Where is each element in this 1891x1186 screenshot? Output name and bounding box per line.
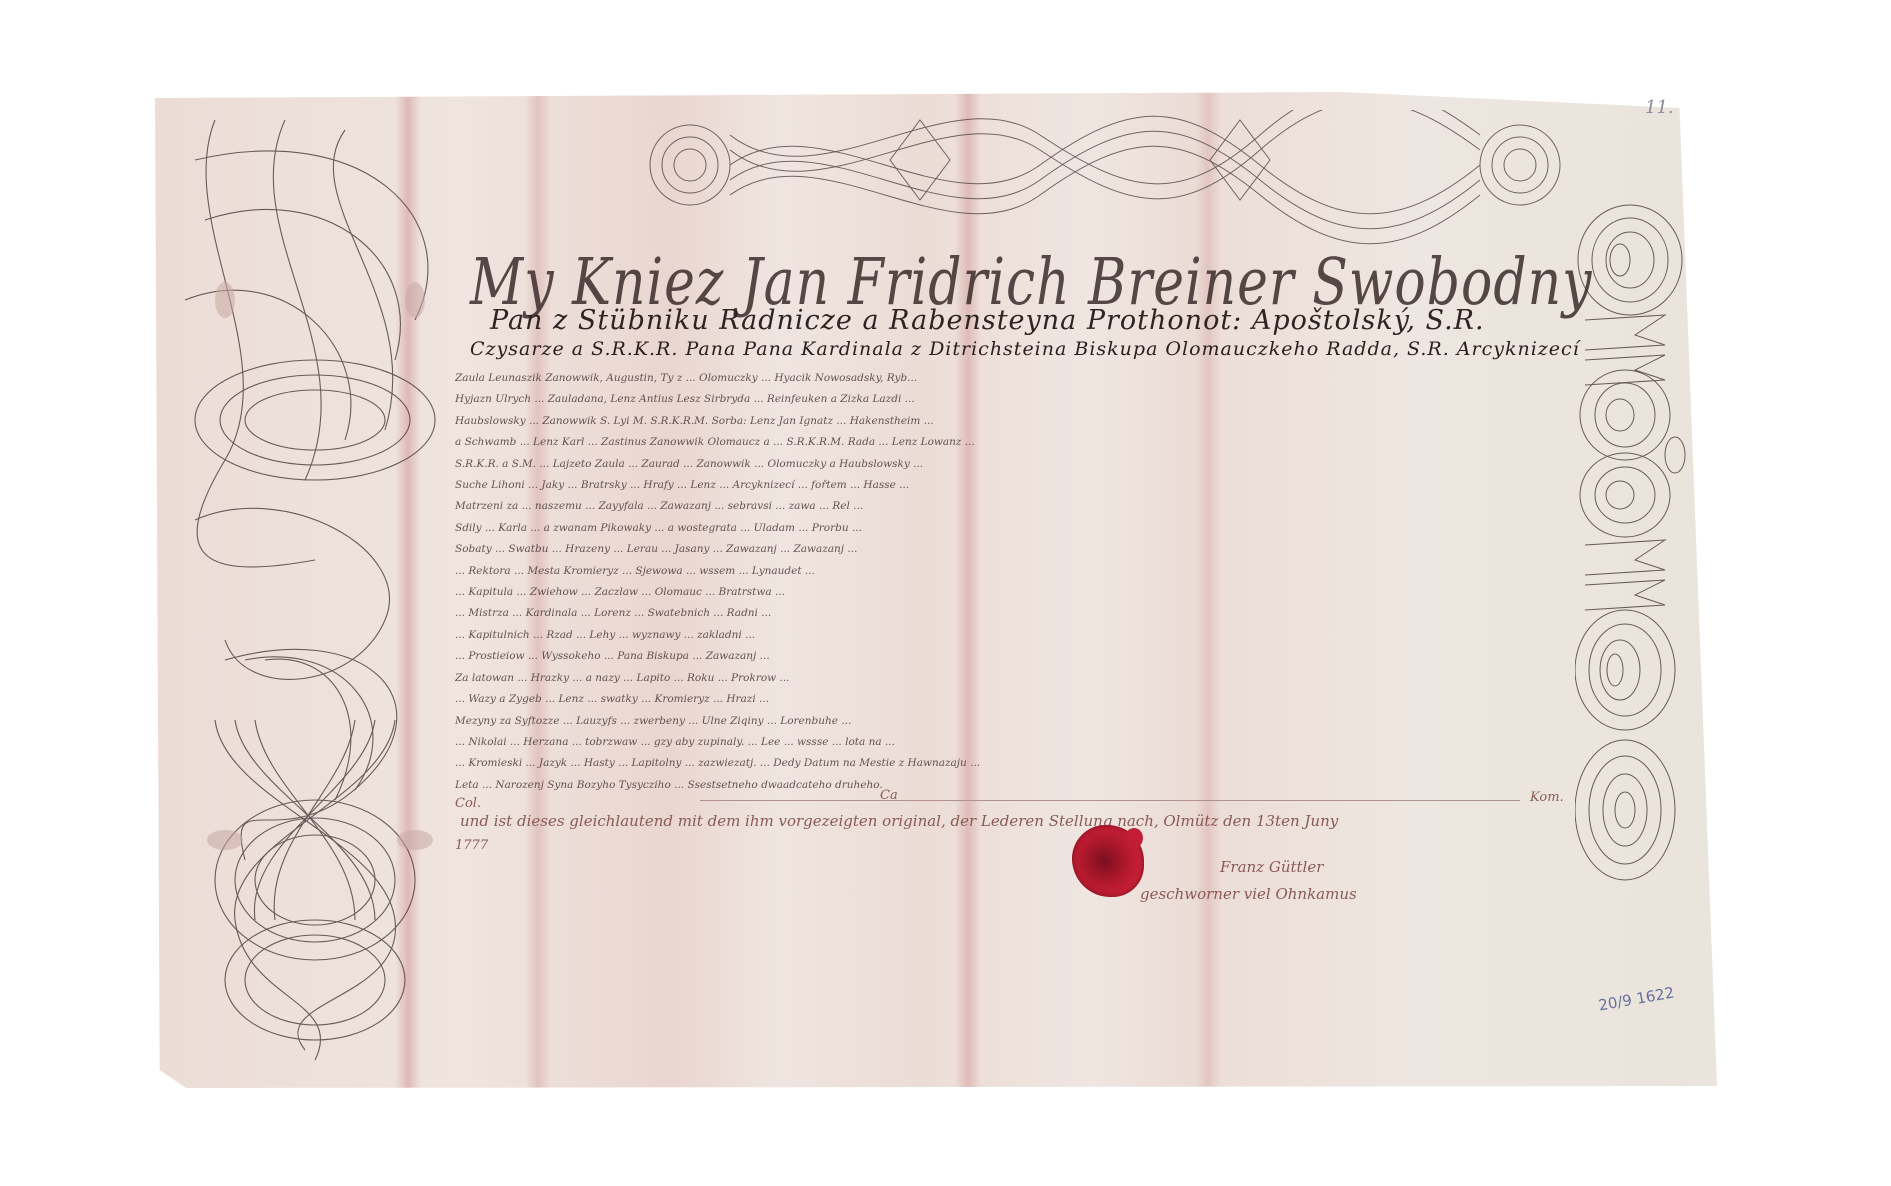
certification-note: und ist dieses gleichlautend mit dem ihm… [460, 812, 1338, 830]
heading-line-3: Czysarze a S.R.K.R. Pana Pana Kardinala … [470, 338, 1580, 360]
body-line: Mezyny za Syftozze ... Lauzyfs ... zwerb… [455, 711, 1570, 732]
body-line: ... Wazy a Zygeb ... Lenz ... swatky ...… [455, 689, 1570, 710]
signature-title: geschworner viel Ohnkamus [1140, 885, 1357, 903]
body-line: Zaula Leunaszik Zanowwik, Augustin, Ty z… [455, 368, 1570, 389]
divider-line [700, 800, 1520, 801]
body-line: Hyjazn Ulrych ... Zauladana, Lenz Antius… [455, 389, 1570, 410]
body-line: S.R.K.R. a S.M. ... Lajzeto Zaula ... Za… [455, 454, 1570, 475]
top-flourish-band [620, 110, 1590, 250]
body-line: ... Kapitula ... Zwiehow ... Zaczlaw ...… [455, 582, 1570, 603]
margin-mark: Col. [455, 796, 481, 811]
body-line: Sdily ... Karla ... a zwanam Pikowaky ..… [455, 518, 1570, 539]
signature-name: Franz Güttler [1220, 858, 1323, 876]
right-spiral-ornament [1575, 200, 1705, 900]
body-line: ... Nikolai ... Herzana ... tobrzwaw ...… [455, 732, 1570, 753]
body-line: ... Kapitulnich ... Rzad ... Lehy ... wy… [455, 625, 1570, 646]
wax-seal-tab [1125, 828, 1143, 848]
certification-year: 1777 [455, 838, 488, 853]
body-line: Sobaty ... Swatbu ... Hrazeny ... Lerau … [455, 539, 1570, 560]
body-line: ... Rektora ... Mesta Kromieryz ... Sjew… [455, 561, 1570, 582]
body-line: a Schwamb ... Lenz Karl ... Zastinus Zan… [455, 432, 1570, 453]
body-line: Leta ... Narozenj Syna Bozyho Tysycziho … [455, 775, 1570, 796]
heading-line-2: Pan z Stübniku Radnicze a Rabensteyna Pr… [490, 305, 1485, 336]
body-line: Haubslowsky ... Zanowwik S. Lyi M. S.R.K… [455, 411, 1570, 432]
body-line: ... Kromieski ... Jazyk ... Hasty ... La… [455, 753, 1570, 774]
body-line: Suche Lihoni ... Jaky ... Bratrsky ... H… [455, 475, 1570, 496]
calligraphic-initial-ornament [165, 100, 475, 1080]
body-line: Matrzeni za ... naszemu ... Zayyfala ...… [455, 496, 1570, 517]
body-line: ... Mistrza ... Kardinala ... Lorenz ...… [455, 603, 1570, 624]
charter-body-text: Zaula Leunaszik Zanowwik, Augustin, Ty z… [455, 368, 1570, 796]
right-mark: Kom. [1530, 790, 1564, 805]
body-line: ... Prostieiow ... Wyssokeho ... Pana Bi… [455, 646, 1570, 667]
body-line: Za latowan ... Hrazky ... a nazy ... Lap… [455, 668, 1570, 689]
folio-number: 11. [1645, 97, 1674, 118]
